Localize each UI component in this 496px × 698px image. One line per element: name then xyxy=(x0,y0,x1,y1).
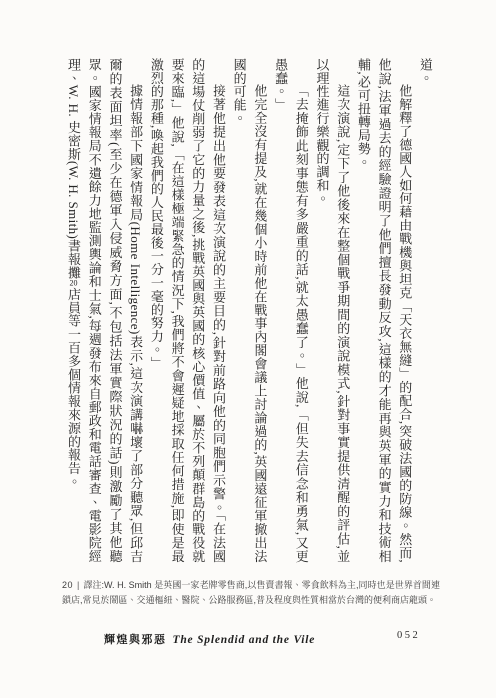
page-footer: 輝煌與邪惡The Splendid and the Vile xyxy=(104,630,315,648)
paragraph-5: 他完全沒有提及,就在幾個小時前他在戰事內閣會議上討論過的,英國遠征軍撤出法國的可… xyxy=(228,58,269,563)
paragraph-3: 這次演說,定下了他後來在整個戰爭期間的演說模式,針對事實提供清醒的評估,並以理性… xyxy=(311,58,352,563)
footnote: 20|譯注:W. H. Smith 是英國一家老牌零售商,以售賣書報、零食飲料為… xyxy=(62,578,440,608)
book-title-english: The Splendid and the Vile xyxy=(173,634,316,646)
paragraph-1: 道。 xyxy=(414,58,435,563)
paragraph-6: 接著他提出他要發表這次演說的主要目的,針對前路向他的同胞們示警。「在法國的這場仗… xyxy=(145,58,228,563)
footnote-text: 譯注:W. H. Smith 是英國一家老牌零售商,以售賣書報、零食飲料為主,同… xyxy=(62,580,440,605)
paragraph-4: 「去掩飾此刻事態有多嚴重的話,就太愚蠢了。」他說,「但失去信念和勇氣,又更愚蠢。… xyxy=(269,58,310,563)
footnote-number: 20 xyxy=(62,580,73,590)
book-page: 道。 他解釋了德國人如何藉由戰機與坦克「天衣無縫」的配合,突破法國的防線。然而,… xyxy=(0,0,496,698)
paragraph-7-text-cont: 店員等一百多個情報來源的報告。 xyxy=(66,287,81,488)
paragraph-7: 據情報部下國家情報局(Home Intelligence)表示,這次演講嚇壞了部… xyxy=(62,58,145,563)
book-title-chinese: 輝煌與邪惡 xyxy=(104,634,167,646)
main-text-block: 道。 他解釋了德國人如何藉由戰機與坦克「天衣無縫」的配合,突破法國的防線。然而,… xyxy=(61,58,435,563)
page-number: 052 xyxy=(397,630,420,641)
footnote-divider: | xyxy=(73,580,83,590)
paragraph-2: 他解釋了德國人如何藉由戰機與坦克「天衣無縫」的配合,突破法國的防線。然而,他說,… xyxy=(352,58,414,563)
